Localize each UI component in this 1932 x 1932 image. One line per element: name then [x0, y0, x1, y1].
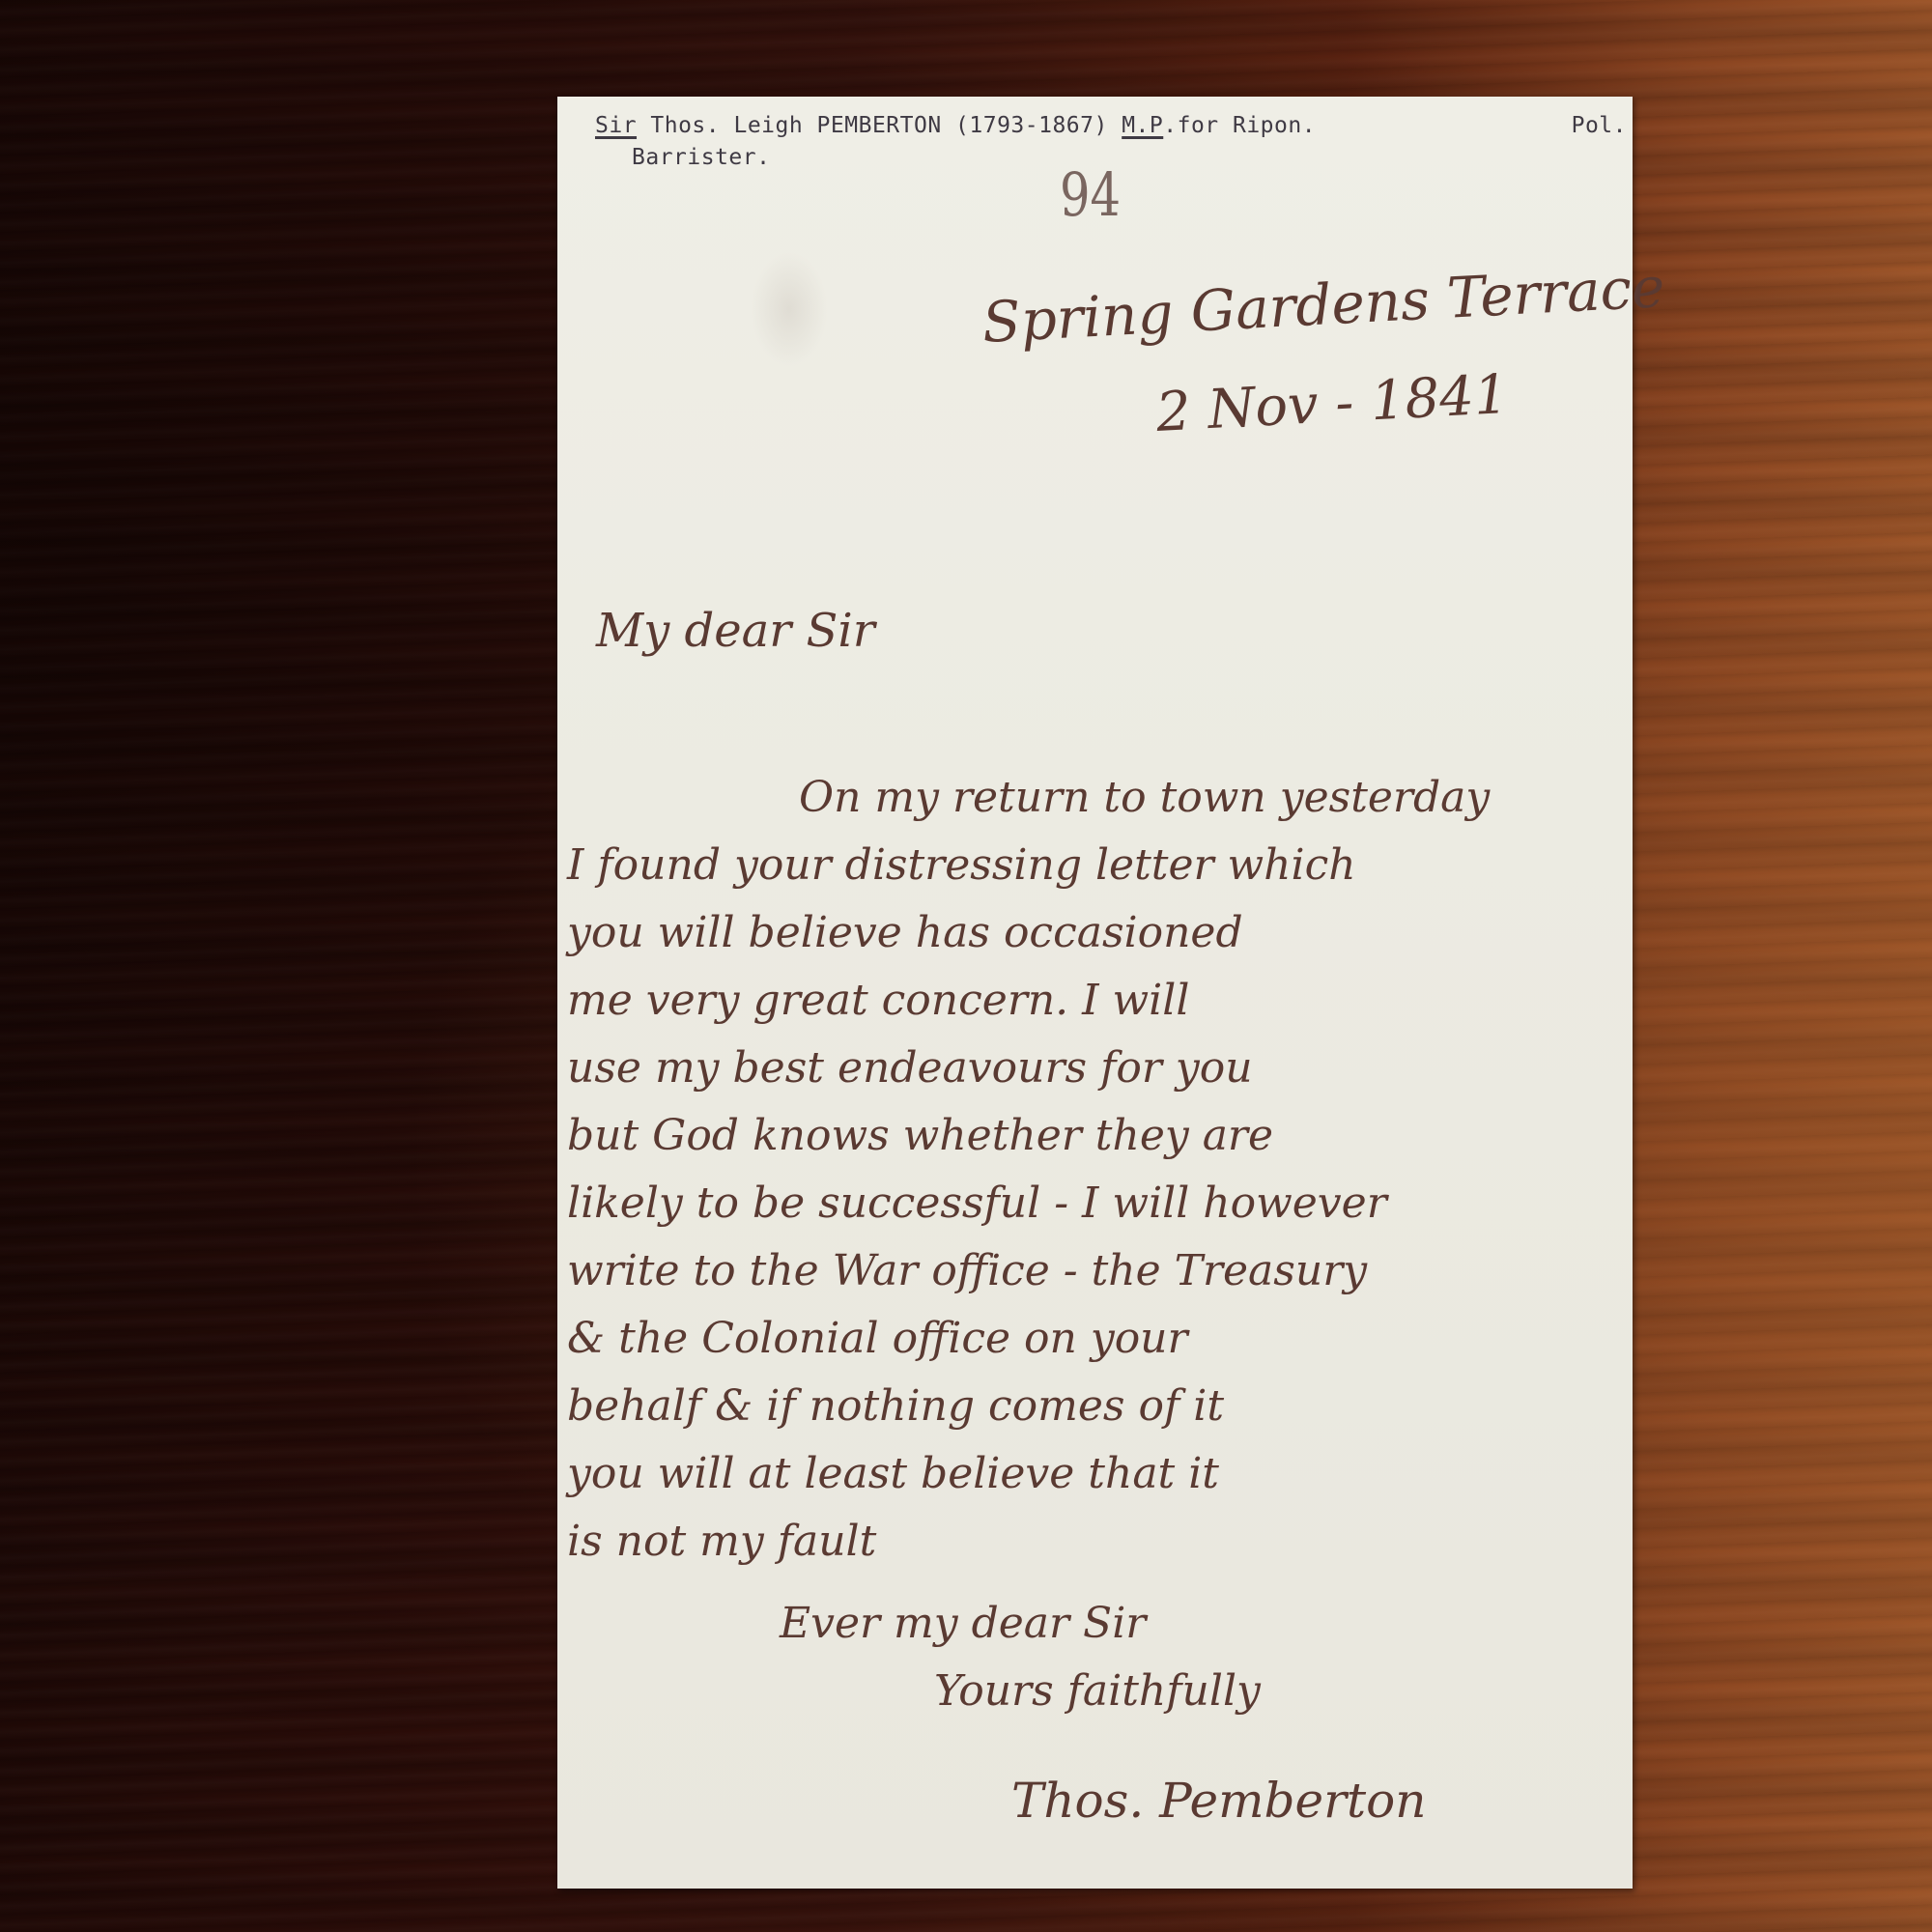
- closing-line2: Yours faithfully: [934, 1666, 1261, 1716]
- body-line: behalf & if nothing comes of it: [567, 1381, 1224, 1431]
- typed-header-line1: Sir Thos. Leigh PEMBERTON (1793-1867) M.…: [595, 113, 1316, 138]
- body-line: me very great concern. I will: [567, 976, 1189, 1025]
- body-line: On my return to town yesterday: [799, 773, 1490, 822]
- body-line: you will at least believe that it: [567, 1449, 1219, 1498]
- signature: Thos. Pemberton: [1011, 1773, 1426, 1829]
- body-line: & the Colonial office on your: [567, 1314, 1188, 1363]
- body-line: is not my fault: [567, 1517, 876, 1566]
- typed-constituency: .for Ripon.: [1163, 113, 1316, 138]
- body-line: write to the War office - the Treasury: [567, 1246, 1367, 1295]
- letter-address: Spring Gardens Terrace: [980, 254, 1666, 355]
- body-line: but God knows whether they are: [567, 1111, 1273, 1160]
- typed-mp: M.P: [1122, 113, 1163, 138]
- folio-number: 94: [1060, 159, 1121, 230]
- typed-classification: Pol.: [1572, 113, 1627, 138]
- body-line: I found your distressing letter which: [567, 840, 1356, 890]
- letter-page: Sir Thos. Leigh PEMBERTON (1793-1867) M.…: [557, 97, 1633, 1889]
- letter-salutation: My dear Sir: [596, 604, 875, 658]
- typed-name: Thos. Leigh PEMBERTON (1793-1867): [637, 113, 1122, 138]
- body-line: you will believe has occasioned: [567, 908, 1243, 957]
- typed-header-line2: Barrister.: [632, 145, 770, 170]
- paper-stain: [751, 251, 828, 367]
- closing-line1: Ever my dear Sir: [780, 1599, 1146, 1648]
- letter-date: 2 Nov - 1841: [1154, 363, 1510, 444]
- body-line: likely to be successful - I will however: [567, 1179, 1387, 1228]
- body-line: use my best endeavours for you: [567, 1043, 1253, 1093]
- typed-honorific: Sir: [595, 113, 637, 138]
